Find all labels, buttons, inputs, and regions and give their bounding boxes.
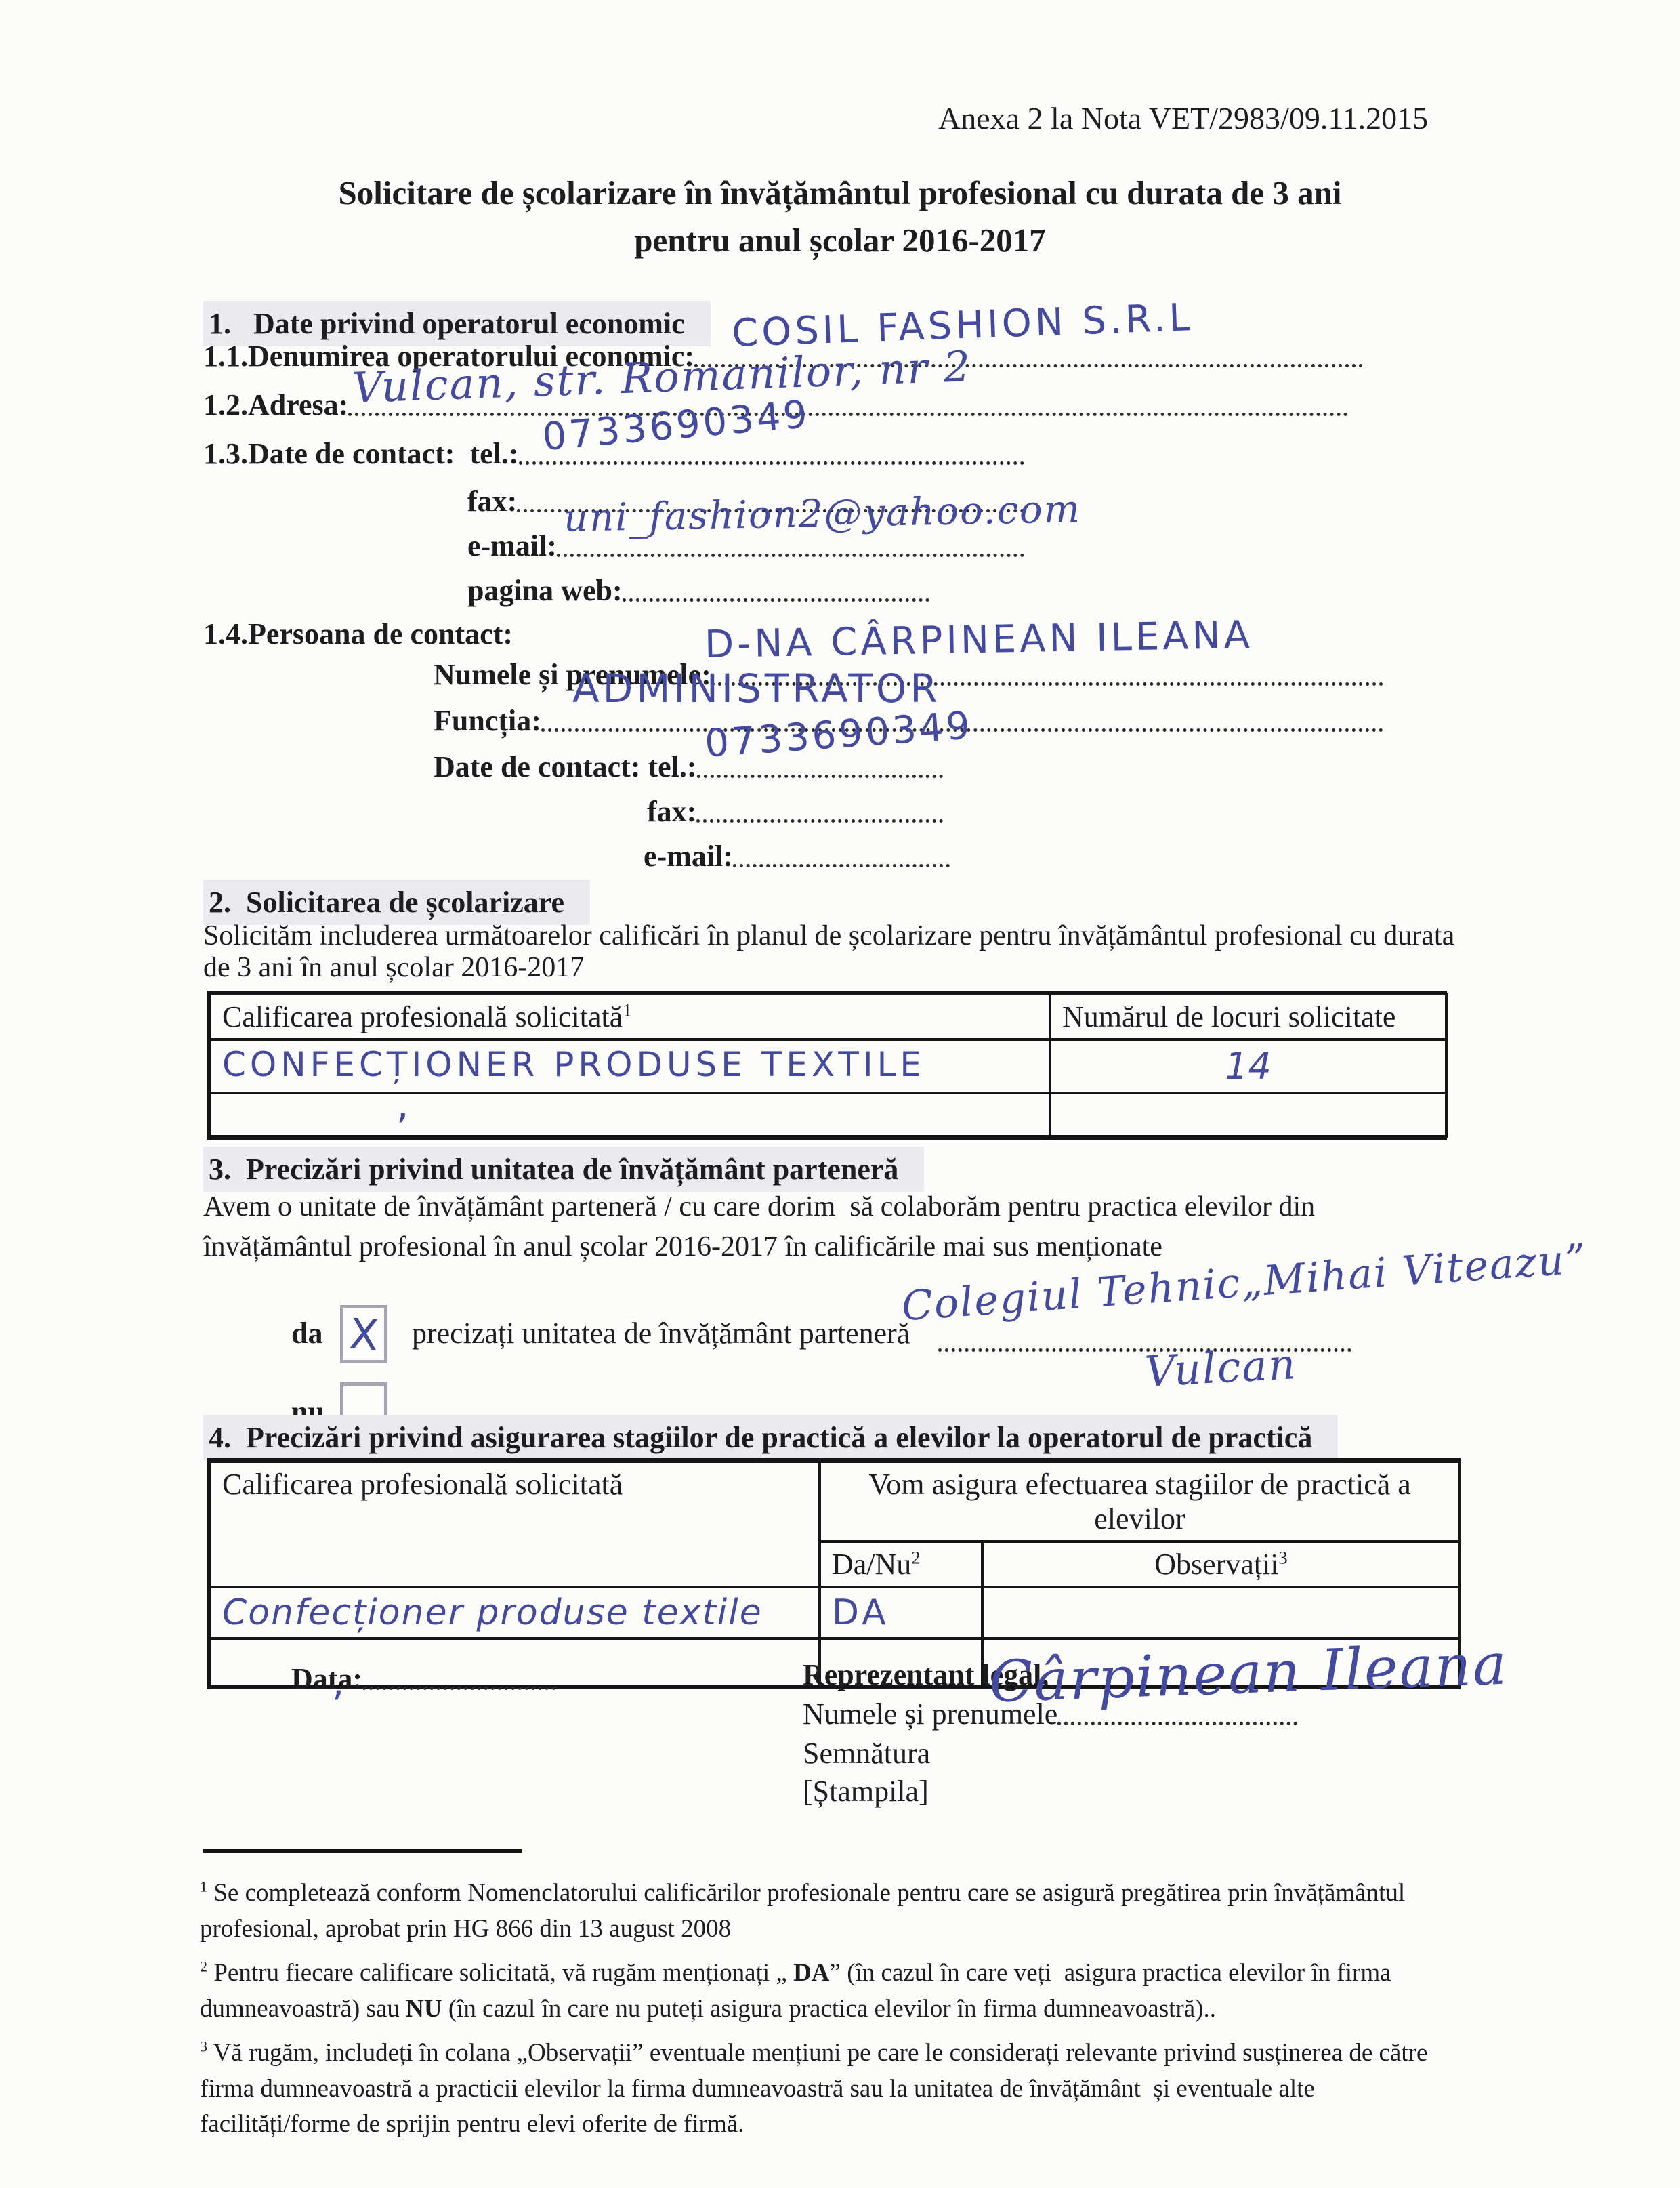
data-field: Data: bbox=[291, 1661, 555, 1696]
footnote1-text: Se completează conform Nomenclatorului c… bbox=[200, 1879, 1405, 1943]
email-label: e-mail: bbox=[467, 529, 557, 563]
footnote2-bold-nu: NU bbox=[406, 1995, 442, 2023]
footnote3-marker: 3 bbox=[1279, 1547, 1288, 1567]
email2-label: e-mail: bbox=[644, 839, 733, 873]
da-label: da bbox=[291, 1316, 322, 1350]
fax2-label: fax: bbox=[647, 794, 696, 829]
solicitare-table: Calificarea profesională solicitată1 Num… bbox=[207, 991, 1447, 1140]
calificare-handwriting: CONFECȚIONER PRODUSE TEXTILE bbox=[210, 1039, 1050, 1093]
fax-label: fax: bbox=[467, 484, 517, 518]
form-title-line2: pentru anul școlar 2016-2017 bbox=[0, 221, 1680, 260]
web-line bbox=[623, 594, 929, 602]
section1-heading: 1. Date privind operatorul economic bbox=[209, 306, 705, 341]
precizati-label: precizați unitatea de învățământ partene… bbox=[412, 1316, 910, 1350]
contact2-tel-label: Date de contact: tel.: bbox=[434, 749, 697, 784]
form-title-line1: Solicitare de școlarizare în învățământu… bbox=[0, 173, 1680, 212]
section2-heading: 2. Solicitarea de școlarizare bbox=[209, 885, 585, 920]
email2-line bbox=[733, 860, 950, 867]
practica-col1-header: Calificarea profesională solicitată bbox=[210, 1462, 820, 1587]
nume-reprezentant-line bbox=[1057, 1718, 1297, 1725]
locuri-row2-empty bbox=[1050, 1093, 1446, 1136]
observatii-header: Observații3 bbox=[982, 1542, 1460, 1587]
practica-obs-empty bbox=[982, 1587, 1460, 1638]
footnote3-text: Vă rugăm, includeți în colana „Observați… bbox=[200, 2039, 1427, 2138]
semnatura-label: Semnătura bbox=[803, 1736, 930, 1771]
functia-label: Funcția: bbox=[434, 703, 541, 738]
footnote2-marker: 2 bbox=[911, 1547, 920, 1567]
fax2-line bbox=[696, 815, 943, 823]
locuri-handwriting: 14 bbox=[1050, 1039, 1446, 1093]
field-fax2: fax: bbox=[647, 794, 943, 829]
contact-tel-line bbox=[519, 457, 1024, 465]
data-line bbox=[362, 1683, 555, 1690]
footnote1-sup: 1 bbox=[200, 1878, 207, 1895]
email-line bbox=[557, 550, 1024, 557]
section2-intro: Solicităm includerea următoarelor califi… bbox=[203, 920, 1456, 984]
solicitare-col1-header: Calificarea profesională solicitată1 bbox=[210, 994, 1050, 1039]
section4-heading: 4. Precizări privind asigurarea stagiilo… bbox=[209, 1420, 1332, 1455]
field-web: pagina web: bbox=[467, 573, 929, 608]
scanned-form-page: Anexa 2 la Nota VET/2983/09.11.2015 Soli… bbox=[0, 0, 1680, 2188]
footnote-1: 1 Se completează conform Nomenclatorului… bbox=[200, 1876, 1463, 1947]
contact2-tel-line bbox=[697, 770, 943, 778]
footnote-separator bbox=[203, 1849, 522, 1853]
footnote2-text-c: (în cazul în care nu puteți asigura prac… bbox=[442, 1995, 1216, 2023]
danu-header: Da/Nu2 bbox=[820, 1542, 982, 1587]
stampila-label: [Ștampila] bbox=[803, 1774, 929, 1809]
footnote3-sup: 3 bbox=[200, 2038, 207, 2055]
adresa-label: 1.2.Adresa: bbox=[203, 388, 348, 422]
web-label: pagina web: bbox=[467, 573, 623, 608]
practica-group-header: Vom asigura efectuarea stagiilor de prac… bbox=[820, 1462, 1460, 1542]
practica-danu-handwriting: DA bbox=[820, 1587, 982, 1638]
functia-handwriting: ADMINISTRATOR bbox=[572, 665, 941, 711]
section3-heading: 3. Precizări privind unitatea de învățăm… bbox=[209, 1152, 919, 1186]
data-label: Data: bbox=[291, 1661, 362, 1696]
footnote2-sup: 2 bbox=[200, 1958, 207, 1975]
persoana-contact-label: 1.4.Persoana de contact: bbox=[203, 617, 513, 651]
field-email2: e-mail: bbox=[644, 839, 950, 873]
calificare-row2-empty bbox=[210, 1093, 1050, 1136]
footnote-3: 3 Vă rugăm, includeți în colana „Observa… bbox=[200, 2036, 1463, 2143]
da-check-mark: X bbox=[348, 1308, 379, 1360]
section3-intro: Avem o unitate de învățământ parteneră /… bbox=[203, 1187, 1463, 1267]
solicitare-col2-header: Numărul de locuri solicitate bbox=[1050, 994, 1446, 1039]
footnote2-bold-da: DA bbox=[793, 1959, 829, 1987]
footnote1-marker: 1 bbox=[623, 999, 631, 1020]
email-handwriting: uni_fashion2@yahoo.com bbox=[563, 487, 1081, 540]
adresa-line bbox=[348, 409, 1348, 416]
da-checkbox: X bbox=[340, 1305, 387, 1363]
footnote-2: 2 Pentru fiecare calificare solicitată, … bbox=[200, 1956, 1463, 2027]
contact-tel-label: 1.3.Date de contact: tel.: bbox=[203, 436, 519, 471]
footnote2-text-a: Pentru fiecare calificare solicitată, vă… bbox=[207, 1959, 793, 1987]
cedilla-mark-table2: , bbox=[396, 1081, 408, 1128]
practica-calificare-handwriting: Confecționer produse textile bbox=[210, 1587, 820, 1638]
partener-handwriting-line2: Vulcan bbox=[1143, 1339, 1298, 1397]
annex-reference: Anexa 2 la Nota VET/2983/09.11.2015 bbox=[938, 100, 1428, 136]
